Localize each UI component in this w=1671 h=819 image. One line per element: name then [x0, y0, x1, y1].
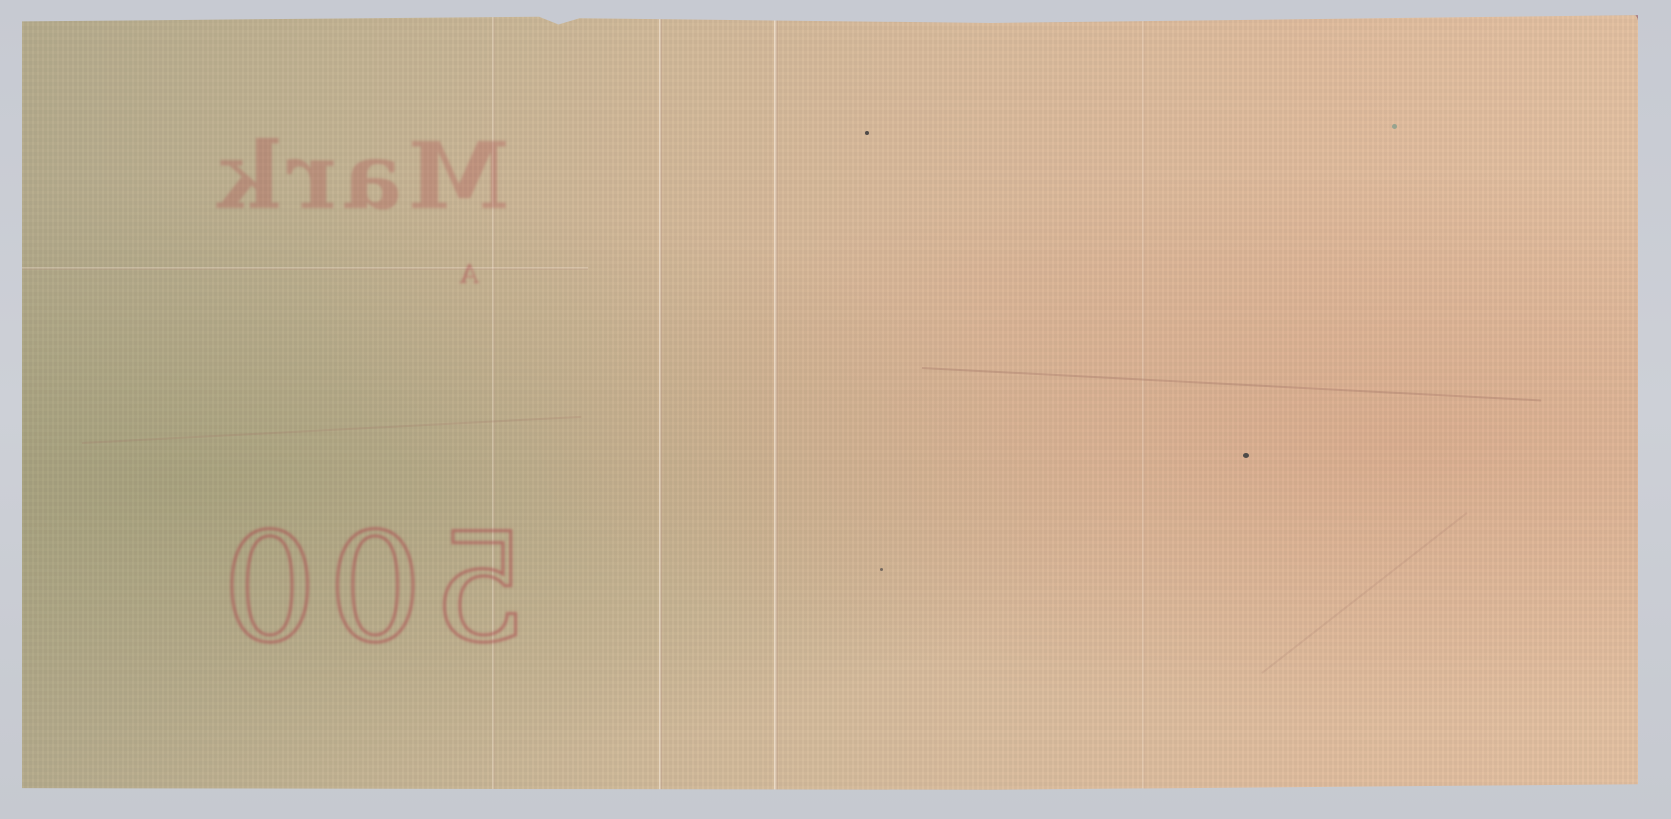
showthrough-mark: A	[454, 260, 479, 290]
vertical-fold-line	[659, 12, 662, 796]
vertical-fold-line	[1142, 12, 1145, 796]
ink-spot	[880, 568, 883, 571]
ink-spot	[865, 131, 869, 135]
showthrough-denomination: 500	[212, 502, 528, 676]
vertical-fold-line	[774, 12, 778, 796]
banknote-reverse: Mark A 500	[22, 12, 1638, 796]
ink-spot	[1392, 124, 1397, 129]
ink-spot	[1243, 453, 1249, 458]
showthrough-word: Mark	[212, 122, 510, 230]
horizontal-crease	[22, 267, 588, 270]
photo-background: Mark A 500	[0, 0, 1671, 819]
